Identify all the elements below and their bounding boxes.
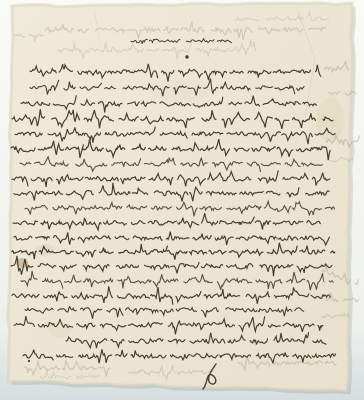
speckle bbox=[146, 256, 147, 257]
speckle bbox=[145, 173, 146, 174]
speckle bbox=[123, 204, 124, 205]
speckle bbox=[298, 273, 300, 275]
speckle bbox=[166, 291, 167, 292]
speckle bbox=[184, 97, 185, 98]
paper-stain bbox=[150, 78, 210, 102]
speckle bbox=[101, 306, 102, 307]
speckle bbox=[196, 155, 197, 156]
speckle bbox=[337, 180, 338, 181]
speckle bbox=[181, 89, 182, 90]
speckle bbox=[112, 26, 114, 28]
speckle bbox=[106, 242, 107, 243]
manuscript-scan: Aged cream laid paper scan: short center… bbox=[0, 0, 364, 400]
speckle bbox=[67, 186, 69, 188]
speckle bbox=[27, 318, 28, 319]
speckle bbox=[259, 303, 261, 305]
speckle bbox=[58, 107, 59, 108]
speckle bbox=[288, 244, 289, 245]
speckle bbox=[267, 64, 269, 66]
speckle bbox=[150, 264, 151, 265]
speckle bbox=[22, 247, 24, 249]
speckle bbox=[293, 34, 295, 36]
speckle bbox=[164, 135, 165, 136]
speckle bbox=[71, 195, 72, 196]
manuscript-svg bbox=[0, 0, 364, 400]
speckle bbox=[185, 259, 186, 260]
speckle bbox=[322, 285, 324, 287]
speckle bbox=[317, 254, 318, 255]
speckle bbox=[203, 193, 205, 195]
speckle bbox=[276, 356, 277, 357]
speckle bbox=[210, 292, 211, 293]
speckle bbox=[113, 98, 115, 100]
speckle bbox=[216, 91, 217, 92]
speckle bbox=[147, 165, 148, 166]
ink-dot bbox=[185, 55, 188, 58]
paper-stain bbox=[35, 244, 55, 256]
speckle bbox=[191, 126, 192, 127]
speckle bbox=[145, 278, 146, 279]
speckle bbox=[334, 200, 335, 201]
speckle bbox=[198, 290, 199, 291]
speckle bbox=[201, 214, 203, 216]
ink-dot-small bbox=[28, 360, 30, 362]
speckle bbox=[16, 311, 17, 312]
speckle bbox=[126, 331, 127, 332]
speckle bbox=[277, 224, 278, 225]
speckle bbox=[235, 195, 236, 196]
speckle bbox=[238, 66, 240, 68]
speckle bbox=[34, 299, 35, 300]
speckle bbox=[334, 167, 335, 168]
speckle bbox=[19, 289, 21, 291]
speckle bbox=[112, 275, 114, 277]
speckle bbox=[296, 217, 298, 219]
speckle bbox=[238, 107, 240, 109]
